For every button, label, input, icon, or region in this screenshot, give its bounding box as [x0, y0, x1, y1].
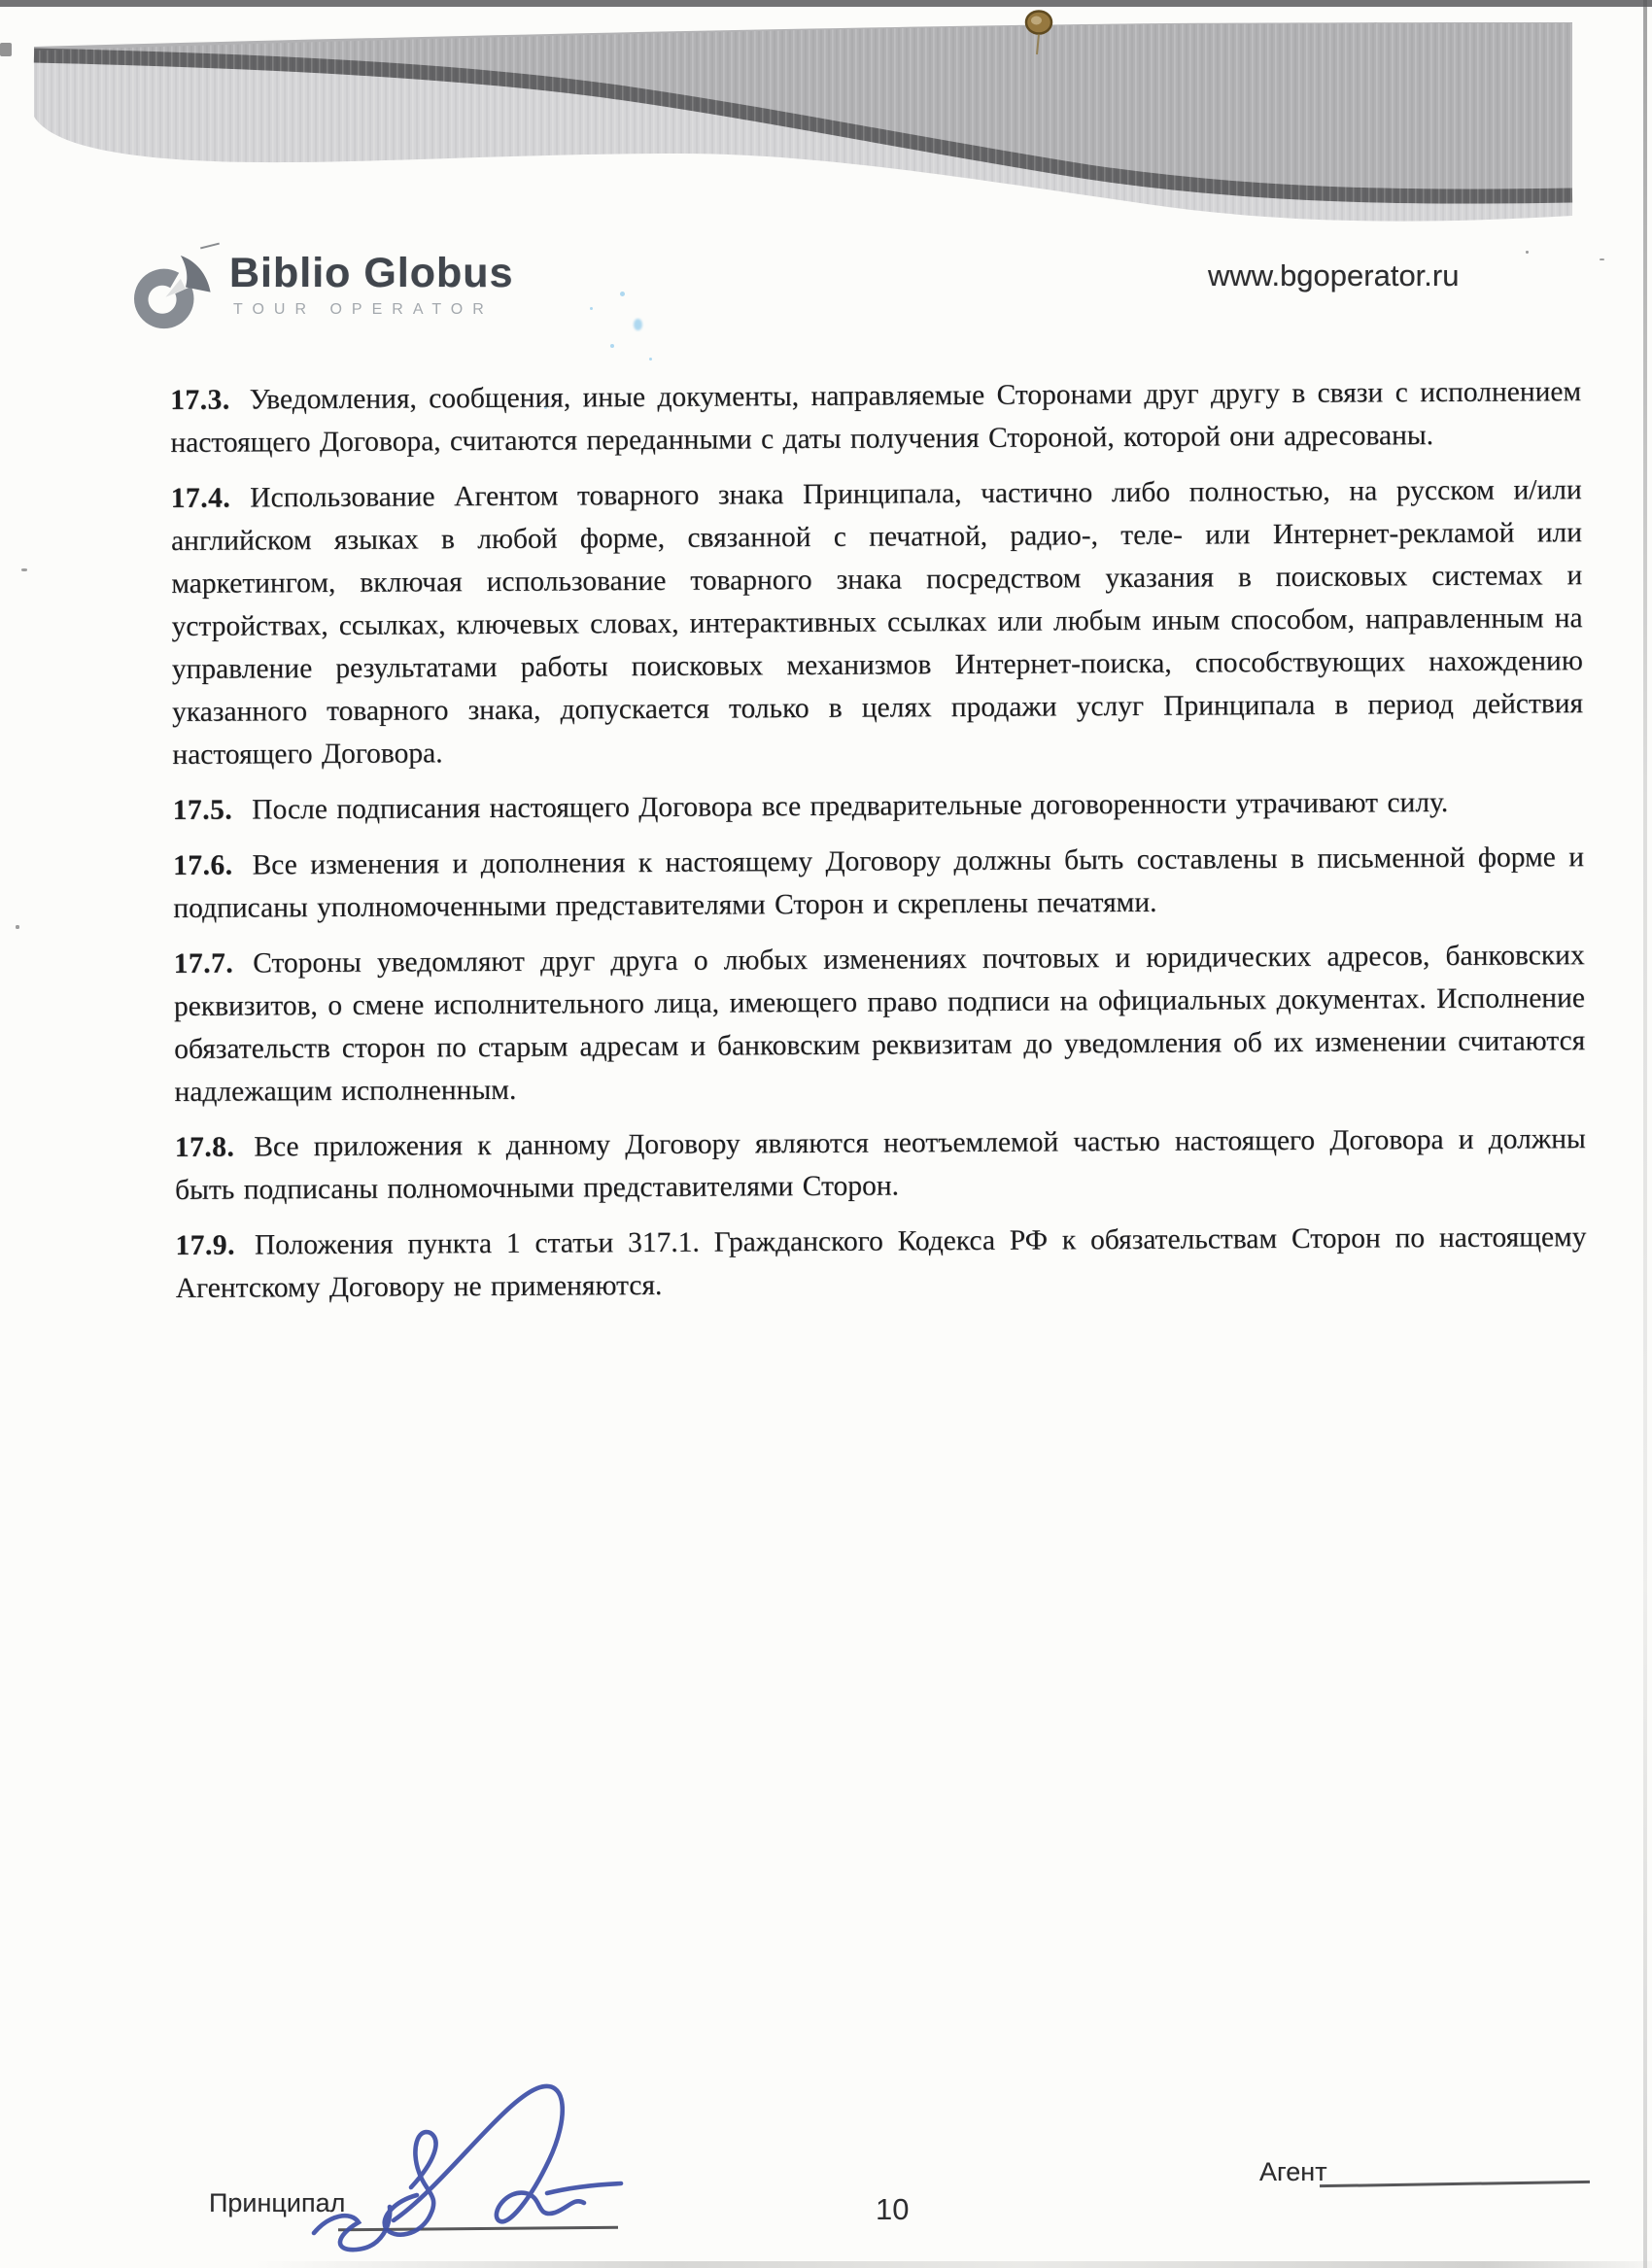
agent-label: Агент	[1259, 2157, 1327, 2187]
scan-speck	[21, 568, 27, 571]
clause-number: 17.3.	[170, 385, 250, 416]
clause-number: 17.6.	[173, 849, 253, 880]
stray-pen-mark	[200, 243, 220, 250]
brand-tagline: TOUR OPERATOR	[233, 301, 513, 319]
clause: 17.9.Положения пункта 1 статьи 317.1. Гр…	[175, 1216, 1587, 1310]
globe-icon	[134, 251, 214, 340]
handwritten-signature	[287, 2073, 763, 2267]
clause-number: 17.8.	[175, 1131, 255, 1162]
clause-text: Все изменения и дополнения к настоящему …	[173, 842, 1584, 924]
clause-text: Использование Агентом товарного знака Пр…	[171, 474, 1583, 771]
brand-logo: Biblio Globus TOUR OPERATOR	[134, 251, 513, 340]
ink-speckle	[610, 344, 614, 348]
clause-number: 17.4.	[171, 483, 251, 514]
clause-number: 17.7.	[174, 947, 254, 979]
clause-text: Стороны уведомляют друг друга о любых из…	[174, 940, 1585, 1108]
scan-speck	[1526, 251, 1529, 254]
clause: 17.5.После подписания настоящего Договор…	[173, 780, 1584, 832]
scan-speck	[1600, 258, 1604, 260]
contract-clauses: 17.3.Уведомления, сообщения, иные докуме…	[170, 370, 1587, 1323]
clause-text: Все приложения к данному Договору являют…	[175, 1123, 1586, 1206]
header-swoosh-graphic	[0, 0, 1652, 238]
scan-top-edge	[0, 0, 1652, 7]
agent-signature-line	[1320, 2181, 1590, 2187]
clause-text: После подписания настоящего Договора все…	[252, 787, 1448, 826]
clause: 17.7.Стороны уведомляют друг друга о люб…	[174, 934, 1586, 1114]
ink-speckle	[634, 319, 642, 330]
ink-speckle	[649, 358, 652, 361]
website-url: www.bgoperator.ru	[1208, 258, 1459, 293]
clause: 17.8.Все приложения к данному Договору я…	[175, 1117, 1587, 1212]
page-number: 10	[876, 2192, 909, 2227]
scan-left-mark	[0, 43, 12, 56]
clause-number: 17.9.	[175, 1229, 255, 1260]
staple-icon	[1023, 8, 1056, 58]
scan-speck	[16, 925, 19, 929]
clause: 17.6.Все изменения и дополнения к настоя…	[173, 836, 1585, 930]
brand-name: Biblio Globus	[229, 251, 513, 295]
clause-text: Уведомления, сообщения, иные документы, …	[170, 376, 1581, 459]
clause: 17.3.Уведомления, сообщения, иные докуме…	[170, 370, 1582, 464]
clause: 17.4.Использование Агентом товарного зна…	[171, 468, 1584, 776]
scan-right-edge	[1643, 0, 1647, 2268]
clause-number: 17.5.	[173, 794, 253, 825]
ink-speckle	[620, 292, 625, 296]
ink-speckle	[590, 307, 593, 310]
clause-text: Положения пункта 1 статьи 317.1. Граждан…	[176, 1221, 1587, 1304]
